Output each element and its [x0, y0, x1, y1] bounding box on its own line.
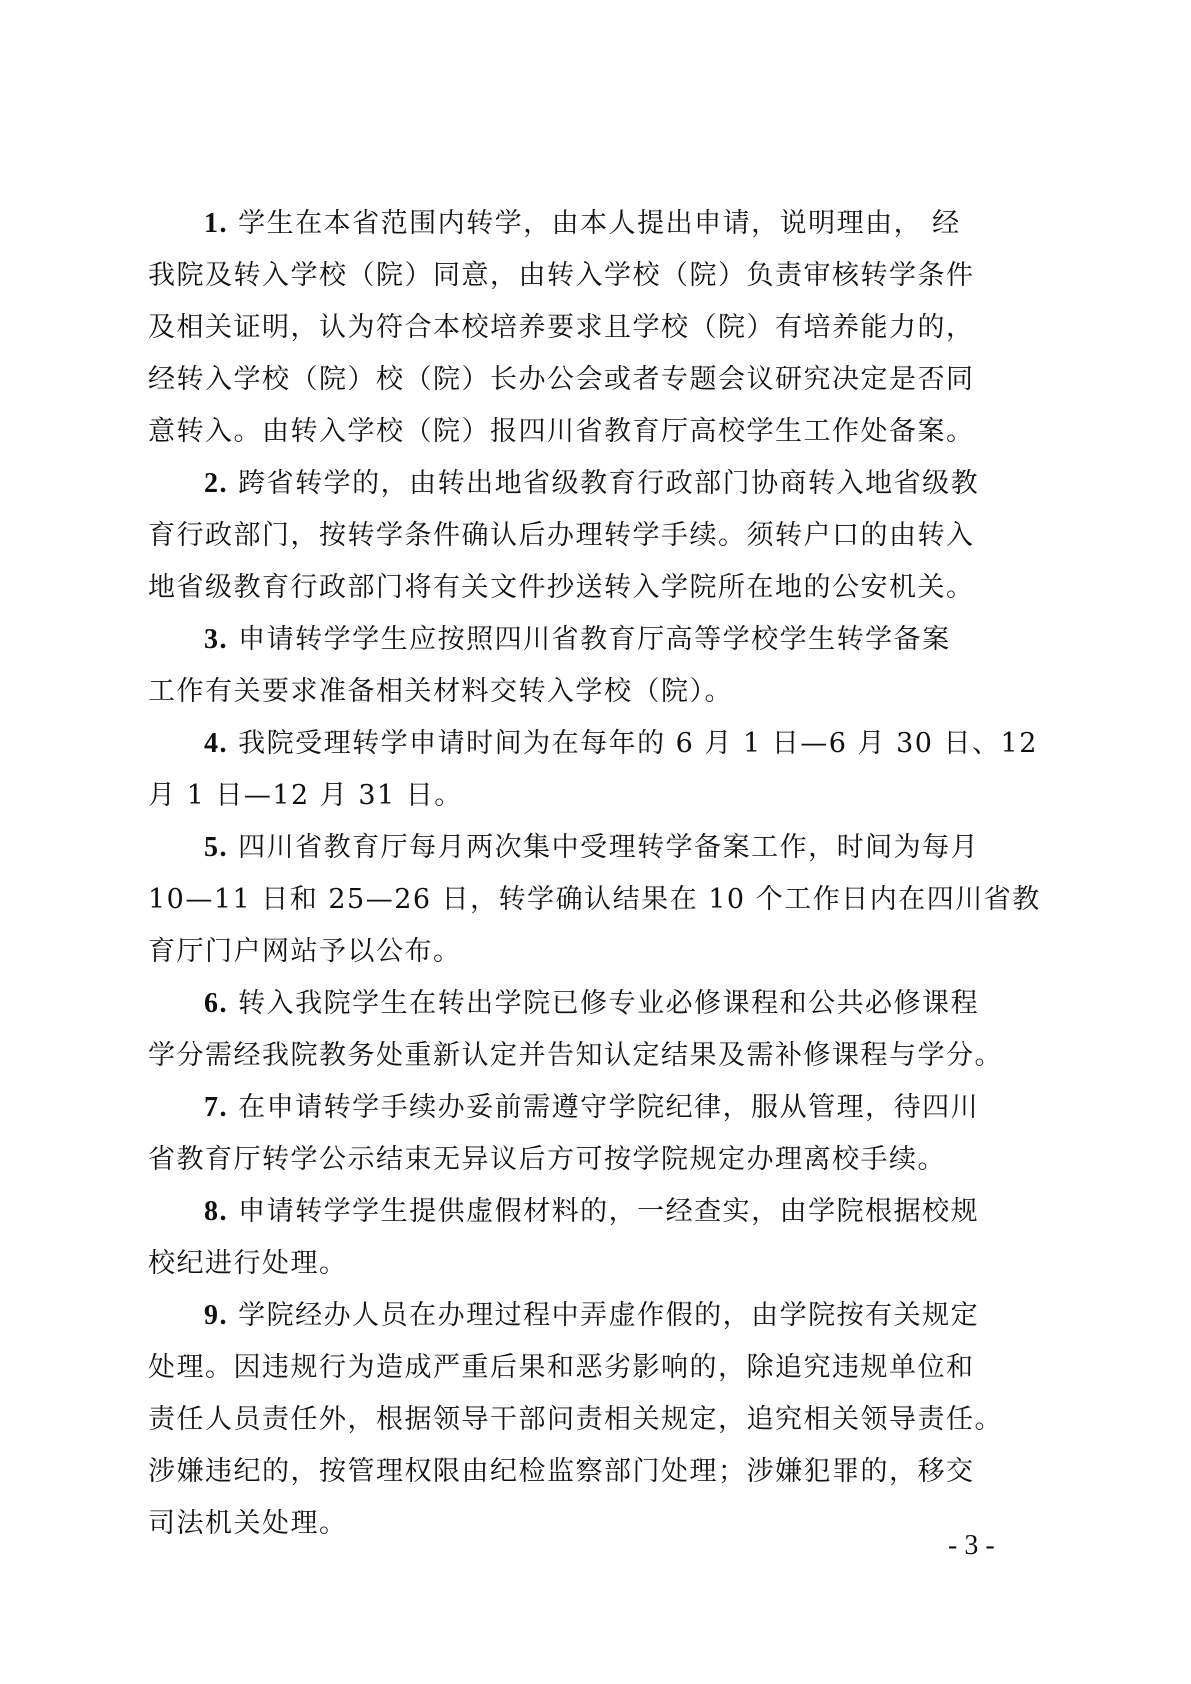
- item-number: 5.: [204, 832, 228, 863]
- paragraph-4-line-2: 月 1 日—12 月 31 日。: [148, 772, 463, 820]
- text: 我院受理转学申请时间为在每年的 6 月 1 日—6 月 30 日、12: [238, 728, 1038, 759]
- item-number: 2.: [204, 468, 228, 499]
- text: 申请转学学生应按照四川省教育厅高等学校学生转学备案: [238, 624, 951, 655]
- paragraph-1-line-3: 及相关证明，认为符合本校培养要求且学校（院）有培养能力的，: [148, 304, 975, 352]
- text: 学生在本省范围内转学，由本人提出申请，说明理由， 经: [238, 208, 961, 239]
- paragraph-7-line-1: 7. 在申请转学手续办妥前需遵守学院纪律，服从管理，待四川: [204, 1084, 979, 1132]
- paragraph-5-line-2: 10—11 日和 25—26 日，转学确认结果在 10 个工作日内在四川省教: [148, 876, 1041, 924]
- paragraph-2-line-3: 地省级教育行政部门将有关文件抄送转入学院所在地的公安机关。: [148, 564, 975, 612]
- paragraph-2-line-2: 育行政部门，按转学条件确认后办理转学手续。须转户口的由转入: [148, 512, 975, 560]
- paragraph-9-line-3: 责任人员责任外，根据领导干部问责相关规定，追究相关领导责任。: [148, 1396, 1003, 1444]
- item-number: 9.: [204, 1300, 228, 1331]
- text: 转入我院学生在转出学院已修专业必修课程和公共必修课程: [238, 988, 979, 1019]
- paragraph-9-line-2: 处理。因违规行为造成严重后果和恶劣影响的，除追究违规单位和: [148, 1344, 975, 1392]
- page-number: - 3 -: [948, 1530, 995, 1562]
- item-number: 4.: [204, 728, 228, 759]
- paragraph-5-line-3: 育厅门户网站予以公布。: [148, 928, 462, 976]
- paragraph-6-line-2: 学分需经我院教务处重新认定并告知认定结果及需补修课程与学分。: [148, 1032, 1003, 1080]
- paragraph-3-line-1: 3. 申请转学学生应按照四川省教育厅高等学校学生转学备案: [204, 616, 951, 664]
- paragraph-8-line-2: 校纪进行处理。: [148, 1240, 348, 1288]
- item-number: 6.: [204, 988, 228, 1019]
- paragraph-6-line-1: 6. 转入我院学生在转出学院已修专业必修课程和公共必修课程: [204, 980, 979, 1028]
- paragraph-1-line-4: 经转入学校（院）校（院）长办公会或者专题会议研究决定是否同: [148, 356, 975, 404]
- paragraph-4-line-1: 4. 我院受理转学申请时间为在每年的 6 月 1 日—6 月 30 日、12: [204, 720, 1038, 768]
- item-number: 8.: [204, 1196, 228, 1227]
- paragraph-1-line-5: 意转入。由转入学校（院）报四川省教育厅高校学生工作处备案。: [148, 408, 975, 456]
- paragraph-8-line-1: 8. 申请转学学生提供虚假材料的，一经查实，由学院根据校规: [204, 1188, 979, 1236]
- paragraph-2-line-1: 2. 跨省转学的，由转出地省级教育行政部门协商转入地省级教: [204, 460, 979, 508]
- text: 学院经办人员在办理过程中弄虚作假的，由学院按有关规定: [238, 1300, 979, 1331]
- item-number: 7.: [204, 1092, 228, 1123]
- paragraph-1-line-1: 1. 学生在本省范围内转学，由本人提出申请，说明理由， 经: [204, 200, 961, 248]
- paragraph-3-line-2: 工作有关要求准备相关材料交转入学校（院）。: [148, 668, 733, 716]
- text: 在申请转学手续办妥前需遵守学院纪律，服从管理，待四川: [238, 1092, 979, 1123]
- document-page: 1. 学生在本省范围内转学，由本人提出申请，说明理由， 经 我院及转入学校（院）…: [0, 0, 1191, 1684]
- paragraph-1-line-2: 我院及转入学校（院）同意，由转入学校（院）负责审核转学条件: [148, 252, 975, 300]
- text: 申请转学学生提供虚假材料的，一经查实，由学院根据校规: [238, 1196, 979, 1227]
- paragraph-5-line-1: 5. 四川省教育厅每月两次集中受理转学备案工作，时间为每月: [204, 824, 979, 872]
- paragraph-9-line-4: 涉嫌违纪的，按管理权限由纪检监察部门处理；涉嫌犯罪的，移交: [148, 1448, 975, 1496]
- paragraph-9-line-5: 司法机关处理。: [148, 1500, 348, 1548]
- text: 四川省教育厅每月两次集中受理转学备案工作，时间为每月: [238, 832, 979, 863]
- item-number: 1.: [204, 208, 228, 239]
- text: 跨省转学的，由转出地省级教育行政部门协商转入地省级教: [238, 468, 979, 499]
- paragraph-9-line-1: 9. 学院经办人员在办理过程中弄虚作假的，由学院按有关规定: [204, 1292, 979, 1340]
- item-number: 3.: [204, 624, 228, 655]
- paragraph-7-line-2: 省教育厅转学公示结束无异议后方可按学院规定办理离校手续。: [148, 1136, 946, 1184]
